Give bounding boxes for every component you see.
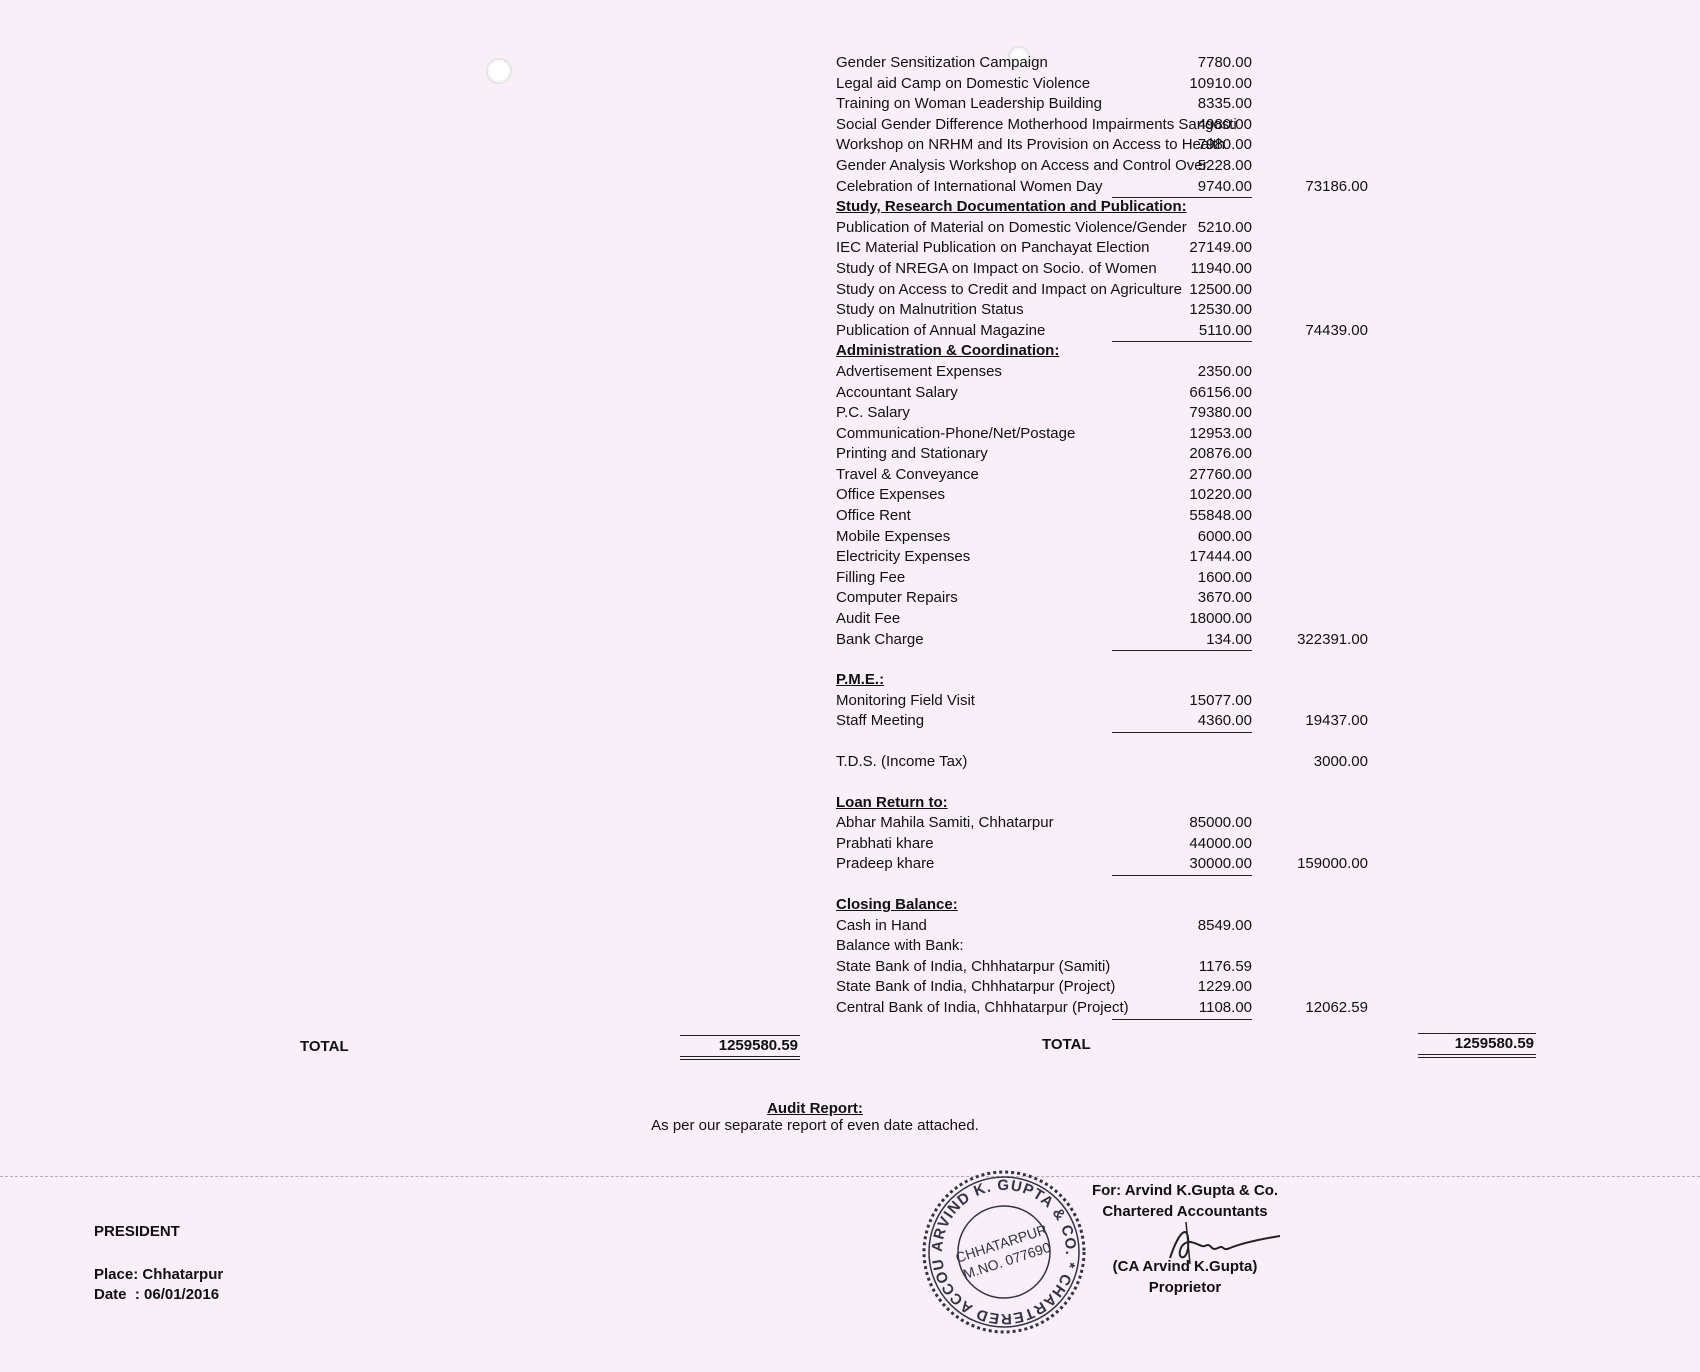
ledger-row: Publication of Annual Magazine5110.00744… (836, 321, 1536, 342)
left-total-label: TOTAL (300, 1038, 349, 1055)
ledger-row-label: Balance with Bank: (836, 936, 964, 957)
ledger-row: Balance with Bank: (836, 936, 1536, 957)
section-heading-label: Closing Balance: (836, 895, 958, 916)
ledger-row: T.D.S. (Income Tax) 3000.00 (836, 752, 1536, 773)
ledger-row-amount: 10910.00 (1112, 74, 1252, 95)
ledger-row-amount: 15077.00 (1112, 691, 1252, 712)
ledger-row-label: Gender Sensitization Campaign (836, 53, 1048, 74)
ledger-row: Staff Meeting4360.0019437.00 (836, 711, 1536, 732)
ledger-row-label: Training on Woman Leadership Building (836, 94, 1102, 115)
ledger-row-amount: 27760.00 (1112, 465, 1252, 486)
section-total: 74439.00 (1238, 321, 1368, 342)
ledger-row: Study on Access to Credit and Impact on … (836, 280, 1536, 301)
ledger-row: Cash in Hand8549.00 (836, 916, 1536, 937)
audit-report-heading: Audit Report: (560, 1100, 1070, 1117)
ledger-row: Advertisement Expenses2350.00 (836, 362, 1536, 383)
ledger-row-amount (1112, 752, 1252, 773)
left-total-value: 1259580.59 (680, 1035, 800, 1060)
ledger-row-amount: 1108.00 (1112, 998, 1252, 1020)
ledger-row: Study of NREGA on Impact on Socio. of Wo… (836, 259, 1536, 280)
ledger-row: Audit Fee18000.00 (836, 609, 1536, 630)
ledger-row-amount: 9740.00 (1112, 177, 1252, 199)
auditor-seal-icon: ARVIND K. GUPTA & CO. * CHARTERED ACCOUN… (920, 1168, 1088, 1336)
ledger-row: Office Rent55848.00 (836, 506, 1536, 527)
ledger-row-label: Abhar Mahila Samiti, Chhatarpur (836, 813, 1054, 834)
ledger-row-amount: 30000.00 (1112, 854, 1252, 876)
ledger-row-amount: 1176.59 (1112, 957, 1252, 978)
ledger-row-label: Accountant Salary (836, 383, 958, 404)
section-total: 159000.00 (1238, 854, 1368, 875)
ledger-row-amount: 12500.00 (1112, 280, 1252, 301)
section-heading: Closing Balance: (836, 895, 1536, 916)
ledger-row: Pradeep khare30000.00159000.00 (836, 854, 1536, 875)
section-total: 12062.59 (1238, 998, 1368, 1019)
ledger-row-amount: 20876.00 (1112, 444, 1252, 465)
ledger-row-label: Bank Charge (836, 630, 924, 651)
fold-line (0, 1176, 1700, 1178)
audit-report: Audit Report: As per our separate report… (560, 1100, 1070, 1134)
punch-hole (486, 58, 512, 84)
ledger-row-amount: 10220.00 (1112, 485, 1252, 506)
ledger-row-label: T.D.S. (Income Tax) (836, 752, 967, 773)
ledger-row-amount: 5210.00 (1112, 218, 1252, 239)
ledger-row: Gender Sensitization Campaign7780.00 (836, 53, 1536, 74)
section-total: 322391.00 (1238, 630, 1368, 651)
ledger-row-label: State Bank of India, Chhhatarpur (Projec… (836, 977, 1115, 998)
spacer (836, 732, 1536, 752)
ledger-row-amount: 12530.00 (1112, 300, 1252, 321)
ledger-row: Travel & Conveyance27760.00 (836, 465, 1536, 486)
ledger-row-label: Office Expenses (836, 485, 945, 506)
signature-icon (1160, 1218, 1290, 1268)
ledger-row-amount: 134.00 (1112, 630, 1252, 652)
section-heading: P.M.E.: (836, 670, 1536, 691)
ledger-row-label: Cash in Hand (836, 916, 927, 937)
ledger-row: Workshop on NRHM and Its Provision on Ac… (836, 135, 1536, 156)
ledger-row: Social Gender Difference Motherhood Impa… (836, 115, 1536, 136)
ledger-row-amount: 7980.00 (1112, 135, 1252, 156)
spacer (836, 650, 1536, 670)
ledger-row-amount: 5110.00 (1112, 321, 1252, 343)
ledger-row: P.C. Salary79380.00 (836, 403, 1536, 424)
ledger-row: Study on Malnutrition Status12530.00 (836, 300, 1536, 321)
ledger-row-amount: 8549.00 (1112, 916, 1252, 937)
ledger-row-label: Prabhati khare (836, 834, 934, 855)
ledger-row-label: Celebration of International Women Day (836, 177, 1103, 198)
ledger-row-amount: 12953.00 (1112, 424, 1252, 445)
ledger-row: Communication-Phone/Net/Postage12953.00 (836, 424, 1536, 445)
ledger-row: Prabhati khare44000.00 (836, 834, 1536, 855)
spacer (836, 773, 1536, 793)
ledger-row-amount: 5228.00 (1112, 156, 1252, 177)
ledger-row-amount: 85000.00 (1112, 813, 1252, 834)
ledger-row-amount: 55848.00 (1112, 506, 1252, 527)
section-heading-label: Loan Return to: (836, 793, 948, 814)
ledger-row: Mobile Expenses6000.00 (836, 527, 1536, 548)
ledger-row-label: Audit Fee (836, 609, 900, 630)
ledger-row-label: State Bank of India, Chhhatarpur (Samiti… (836, 957, 1110, 978)
ledger-row: Office Expenses10220.00 (836, 485, 1536, 506)
ledger-row: Abhar Mahila Samiti, Chhatarpur85000.00 (836, 813, 1536, 834)
ledger-row-label: Office Rent (836, 506, 911, 527)
ledger-row: Monitoring Field Visit15077.00 (836, 691, 1536, 712)
president-label: PRESIDENT (94, 1223, 180, 1240)
section-heading-label: Administration & Coordination: (836, 341, 1059, 362)
right-total-value: 1259580.59 (1418, 1033, 1536, 1058)
ledger-row-label: Mobile Expenses (836, 527, 950, 548)
section-heading: Administration & Coordination: (836, 341, 1536, 362)
expenditure-ledger: Gender Sensitization Campaign7780.00Lega… (836, 53, 1536, 1019)
section-total: 19437.00 (1238, 711, 1368, 732)
ledger-row: Computer Repairs3670.00 (836, 588, 1536, 609)
ledger-row-label: Publication of Annual Magazine (836, 321, 1045, 342)
auditor-firm: For: Arvind K.Gupta & Co. (1070, 1180, 1300, 1201)
ledger-row: Filling Fee1600.00 (836, 568, 1536, 589)
ledger-row-label: Study of NREGA on Impact on Socio. of Wo… (836, 259, 1157, 280)
ledger-row: Central Bank of India, Chhhatarpur (Proj… (836, 998, 1536, 1019)
ledger-row-label: Travel & Conveyance (836, 465, 979, 486)
section-heading-label: Study, Research Documentation and Public… (836, 197, 1187, 218)
ledger-row: Printing and Stationary20876.00 (836, 444, 1536, 465)
auditor-role: Proprietor (1070, 1277, 1300, 1298)
section-total: 3000.00 (1238, 752, 1368, 773)
ledger-row-amount: 27149.00 (1112, 238, 1252, 259)
date: Date : 06/01/2016 (94, 1286, 219, 1303)
ledger-row-label: Communication-Phone/Net/Postage (836, 424, 1075, 445)
ledger-row-label: Advertisement Expenses (836, 362, 1002, 383)
ledger-row-label: Computer Repairs (836, 588, 958, 609)
ledger-row-amount: 1229.00 (1112, 977, 1252, 998)
section-heading: Loan Return to: (836, 793, 1536, 814)
ledger-row-label: Legal aid Camp on Domestic Violence (836, 74, 1090, 95)
ledger-row-amount: 79380.00 (1112, 403, 1252, 424)
ledger-row: Accountant Salary66156.00 (836, 383, 1536, 404)
ledger-row-label: Filling Fee (836, 568, 905, 589)
ledger-row-amount: 8335.00 (1112, 94, 1252, 115)
ledger-row-amount: 7780.00 (1112, 53, 1252, 74)
ledger-row-amount: 1600.00 (1112, 568, 1252, 589)
ledger-row: State Bank of India, Chhhatarpur (Samiti… (836, 957, 1536, 978)
ledger-row: Gender Analysis Workshop on Access and C… (836, 156, 1536, 177)
scanned-page: ​ Gender Sensitization Campaign7780.00Le… (0, 0, 1700, 1372)
ledger-row-amount: 3670.00 (1112, 588, 1252, 609)
ledger-row-label: Staff Meeting (836, 711, 924, 732)
ledger-row-amount (1112, 936, 1252, 957)
ledger-row-amount: 6000.00 (1112, 527, 1252, 548)
ledger-row: IEC Material Publication on Panchayat El… (836, 238, 1536, 259)
ledger-row-label: Pradeep khare (836, 854, 934, 875)
ledger-row-amount: 4360.00 (1112, 711, 1252, 733)
section-heading-label: P.M.E.: (836, 670, 884, 691)
ledger-row-amount: 66156.00 (1112, 383, 1252, 404)
ledger-row: Celebration of International Women Day97… (836, 177, 1536, 198)
audit-report-text: As per our separate report of even date … (560, 1117, 1070, 1134)
ledger-row-amount: 17444.00 (1112, 547, 1252, 568)
spacer (836, 875, 1536, 895)
ledger-row-label: Monitoring Field Visit (836, 691, 975, 712)
ledger-row-label: Study on Malnutrition Status (836, 300, 1024, 321)
ledger-row-amount: 4980.00 (1112, 115, 1252, 136)
ledger-row: Publication of Material on Domestic Viol… (836, 218, 1536, 239)
ledger-row-amount: 11940.00 (1112, 259, 1252, 280)
ledger-row-label: IEC Material Publication on Panchayat El… (836, 238, 1150, 259)
ledger-row: Bank Charge134.00322391.00 (836, 630, 1536, 651)
ledger-row-label: Central Bank of India, Chhhatarpur (Proj… (836, 998, 1129, 1019)
section-heading: Study, Research Documentation and Public… (836, 197, 1536, 218)
ledger-row-amount: 2350.00 (1112, 362, 1252, 383)
ledger-row: Electricity Expenses17444.00 (836, 547, 1536, 568)
section-total: 73186.00 (1238, 177, 1368, 198)
ledger-row: State Bank of India, Chhhatarpur (Projec… (836, 977, 1536, 998)
ledger-row-amount: 18000.00 (1112, 609, 1252, 630)
ledger-row-label: Printing and Stationary (836, 444, 988, 465)
ledger-row-label: P.C. Salary (836, 403, 910, 424)
ledger-row-label: Electricity Expenses (836, 547, 970, 568)
place: Place: Chhatarpur (94, 1266, 223, 1283)
ledger-row: Legal aid Camp on Domestic Violence10910… (836, 74, 1536, 95)
right-total-label: TOTAL (1042, 1036, 1091, 1053)
ledger-row: Training on Woman Leadership Building833… (836, 94, 1536, 115)
ledger-row-amount: 44000.00 (1112, 834, 1252, 855)
